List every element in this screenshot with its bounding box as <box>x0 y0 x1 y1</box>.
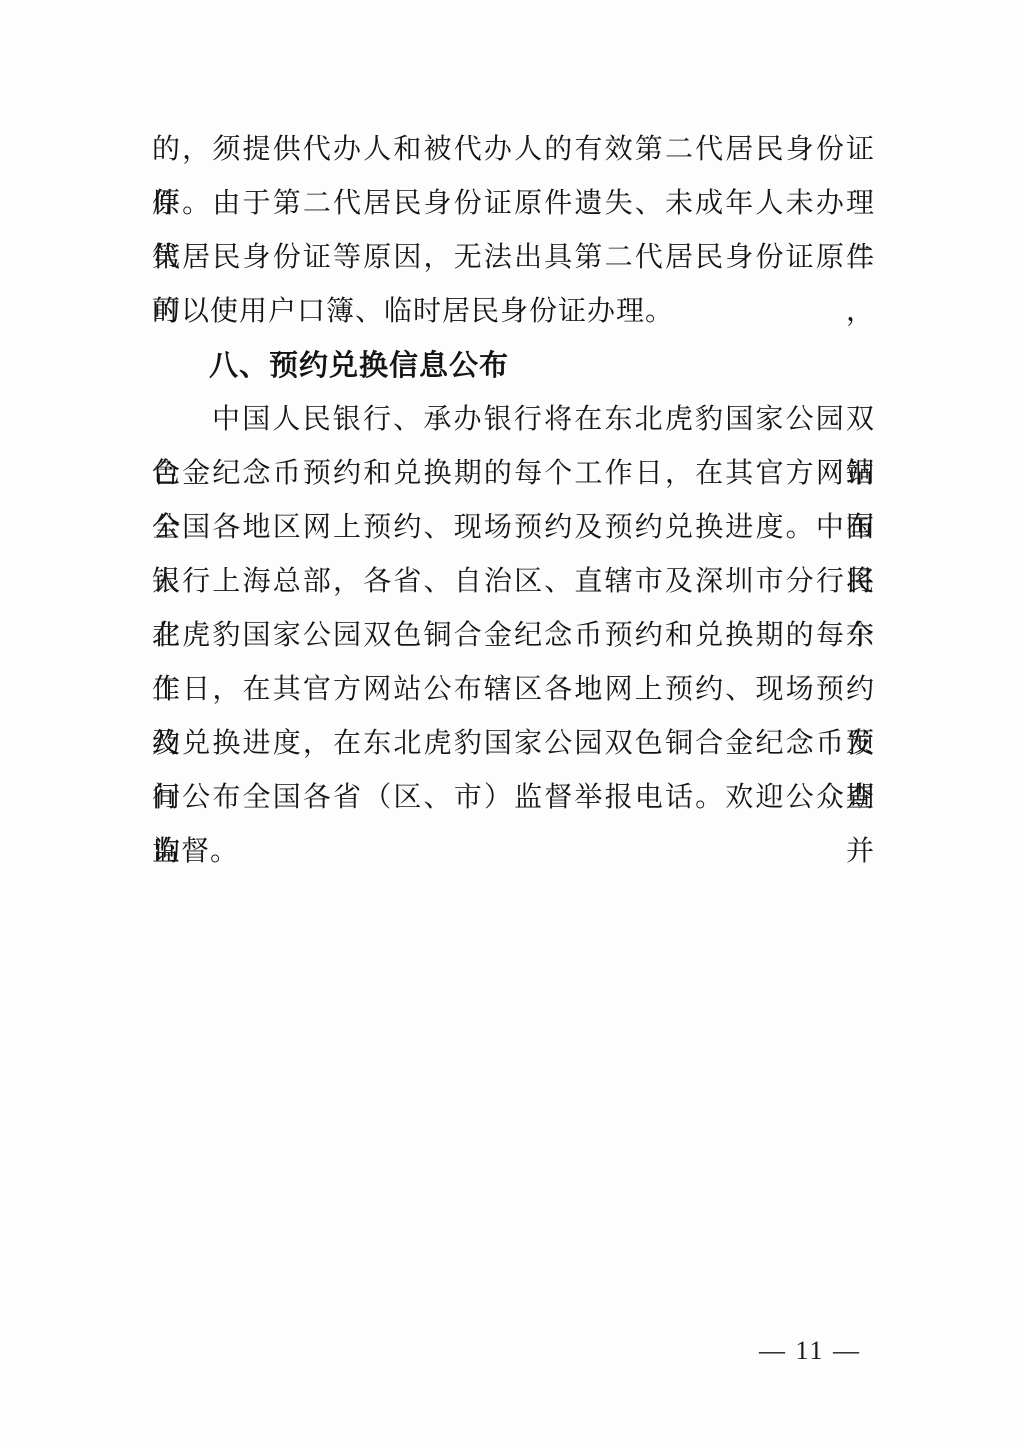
text-line: 约兑换进度，在东北虎豹国家公园双色铜合金纪念币发行期 <box>152 717 875 771</box>
text-line: 代居民身份证等原因，无法出具第二代居民身份证原件的， <box>152 231 875 285</box>
text-line: 作日，在其官方网站公布辖区各地网上预约、现场预约及预 <box>152 663 875 717</box>
page-number: — 11 — <box>745 1336 875 1366</box>
text-line: 的，须提供代办人和被代办人的有效第二代居民身份证原 <box>152 123 875 177</box>
text-line: 中国人民银行、承办银行将在东北虎豹国家公园双色铜 <box>152 393 875 447</box>
text-line: 间公布全国各省（区、市）监督举报电话。欢迎公众查询并 <box>152 771 875 825</box>
document-body: 的，须提供代办人和被代办人的有效第二代居民身份证原 件。由于第二代居民身份证原件… <box>152 123 875 879</box>
text-line: 全国各地区网上预约、现场预约及预约兑换进度。中国人民 <box>152 501 875 555</box>
section-heading: 八、预约兑换信息公布 <box>152 339 875 393</box>
text-line: 件。由于第二代居民身份证原件遗失、未成年人未办理第二 <box>152 177 875 231</box>
text-line: 北虎豹国家公园双色铜合金纪念币预约和兑换期的每个工 <box>152 609 875 663</box>
text-line: 银行上海总部，各省、自治区、直辖市及深圳市分行将在东 <box>152 555 875 609</box>
text-line: 合金纪念币预约和兑换期的每个工作日，在其官方网站公布 <box>152 447 875 501</box>
document-page: 的，须提供代办人和被代办人的有效第二代居民身份证原 件。由于第二代居民身份证原件… <box>0 0 1024 1448</box>
